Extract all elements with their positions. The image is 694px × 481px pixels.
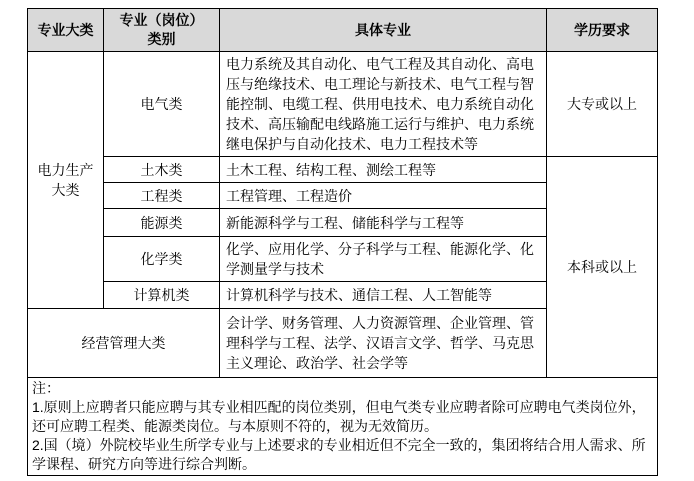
management-group-cell: 经营管理大类 — [28, 309, 220, 378]
majors-civil: 土木工程、结构工程、测绘工程等 — [220, 157, 547, 183]
recruitment-majors-table: 专业大类 专业（岗位） 类别 具体专业 学历要求 电力生产 大类 电气类 电力系… — [27, 8, 658, 476]
table-row: 电力生产 大类 电气类 电力系统及其自动化、电气工程及其自动化、高电压与绝缘技术… — [28, 52, 658, 157]
notes-text: 注： 1.原则上应聘者只能应聘与其专业相匹配的岗位类别，但电气类专业应聘者除可应… — [28, 378, 658, 476]
category-electrical: 电气类 — [104, 52, 220, 157]
category-computer: 计算机类 — [104, 282, 220, 309]
education-bachelor-or-above: 本科或以上 — [547, 157, 658, 378]
majors-management: 会计学、财务管理、人力资源管理、企业管理、管理科学与工程、法学、汉语言文学、哲学… — [220, 309, 547, 378]
majors-energy: 新能源科学与工程、储能科学与工程等 — [220, 209, 547, 237]
majors-chemistry: 化学、应用化学、分子科学与工程、能源化学、化学测量学与技术 — [220, 237, 547, 282]
majors-engineering: 工程管理、工程造价 — [220, 183, 547, 209]
majors-electrical: 电力系统及其自动化、电气工程及其自动化、高电压与绝缘技术、电工理论与新技术、电气… — [220, 52, 547, 157]
power-production-group-cell: 电力生产 大类 — [28, 52, 104, 309]
header-specific-majors: 具体专业 — [220, 9, 547, 52]
category-civil: 土木类 — [104, 157, 220, 183]
header-education-requirement: 学历要求 — [547, 9, 658, 52]
category-energy: 能源类 — [104, 209, 220, 237]
category-chemistry: 化学类 — [104, 237, 220, 282]
header-major-group: 专业大类 — [28, 9, 104, 52]
majors-computer: 计算机科学与技术、通信工程、人工智能等 — [220, 282, 547, 309]
document-page: 专业大类 专业（岗位） 类别 具体专业 学历要求 电力生产 大类 电气类 电力系… — [0, 0, 694, 481]
education-college-or-above: 大专或以上 — [547, 52, 658, 157]
header-position-category: 专业（岗位） 类别 — [104, 9, 220, 52]
table-header-row: 专业大类 专业（岗位） 类别 具体专业 学历要求 — [28, 9, 658, 52]
table-row: 土木类 土木工程、结构工程、测绘工程等 本科或以上 — [28, 157, 658, 183]
category-engineering: 工程类 — [104, 183, 220, 209]
notes-row: 注： 1.原则上应聘者只能应聘与其专业相匹配的岗位类别，但电气类专业应聘者除可应… — [28, 378, 658, 476]
